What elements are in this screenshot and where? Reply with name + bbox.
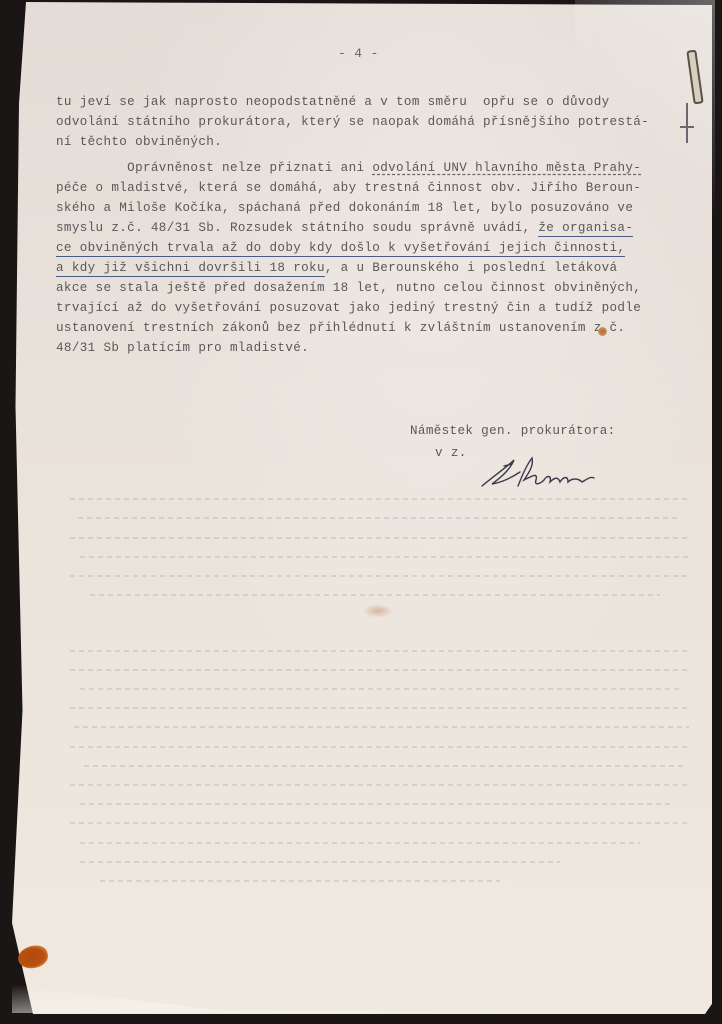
- bleed-through-texture: [70, 537, 690, 539]
- text-line: trvající až do vyšetřování posuzovat jak…: [56, 298, 641, 318]
- staple-mark: [680, 126, 694, 128]
- bleed-through-texture: [74, 726, 689, 728]
- scanned-document: - 4 - tu jeví se jak naprosto neopodstat…: [0, 0, 722, 1024]
- typed-underlined-text: odvolání UNV hlavního města Prahy-: [372, 161, 641, 175]
- bleed-through-texture: [70, 650, 690, 652]
- page-number: - 4 -: [338, 46, 379, 61]
- rust-spot: [598, 327, 607, 336]
- on-behalf-note: v z.: [435, 446, 467, 460]
- pen-underlined-text: ce obviněných trvala až do doby kdy došl…: [56, 241, 625, 257]
- handwritten-signature: Klaus: [474, 452, 614, 502]
- bleed-through-texture: [80, 861, 560, 863]
- pen-underlined-text: a kdy již všichni dovršili 18 roku: [56, 261, 325, 277]
- text-segment: , a u Berounského i poslední letáková: [325, 261, 618, 275]
- bleed-through-texture: [70, 822, 690, 824]
- text-line: smyslu z.č. 48/31 Sb. Rozsudek státního …: [56, 218, 633, 238]
- staple-mark: [686, 103, 688, 143]
- text-segment: Oprávněnost nelze přiznati ani: [56, 161, 372, 175]
- text-segment: smyslu z.č. 48/31 Sb. Rozsudek státního …: [56, 221, 538, 235]
- text-line: a kdy již všichni dovršili 18 roku, a u …: [56, 258, 617, 278]
- text-line: 48/31 Sb platícím pro mladistvé.: [56, 338, 309, 358]
- bleed-through-texture: [70, 669, 690, 671]
- text-line: Oprávněnost nelze přiznati ani odvolání …: [56, 158, 641, 178]
- bleed-through-texture: [100, 880, 500, 882]
- bleed-through-texture: [84, 765, 684, 767]
- bleed-through-texture: [78, 517, 678, 519]
- text-line: ce obviněných trvala až do doby kdy došl…: [56, 238, 625, 258]
- text-line: tu jeví se jak naprosto neopodstatněné a…: [56, 92, 610, 112]
- bleed-through-texture: [70, 575, 690, 577]
- text-line: ní těchto obviněných.: [56, 132, 222, 152]
- bleed-through-texture: [80, 688, 680, 690]
- text-line: odvolání státního prokurátora, který se …: [56, 112, 649, 132]
- bleed-through-texture: [90, 594, 660, 596]
- text-line: ustanovení trestních zákonů bez přihlédn…: [56, 318, 625, 338]
- bleed-through-texture: [70, 746, 690, 748]
- text-line: péče o mladistvé, která se domáhá, aby t…: [56, 178, 641, 198]
- paper-stain: [363, 604, 393, 618]
- bleed-through-texture: [70, 784, 690, 786]
- bleed-through-texture: [80, 842, 640, 844]
- bleed-through-texture: [70, 707, 690, 709]
- signatory-title: Náměstek gen. prokurátora:: [410, 424, 616, 438]
- pen-underlined-text: že organisa-: [538, 221, 633, 237]
- text-line: ského a Miloše Kočíka, spáchaná před dok…: [56, 198, 633, 218]
- text-line: akce se stala ještě před dosažením 18 le…: [56, 278, 641, 298]
- bleed-through-texture: [80, 556, 690, 558]
- bleed-through-texture: [80, 803, 670, 805]
